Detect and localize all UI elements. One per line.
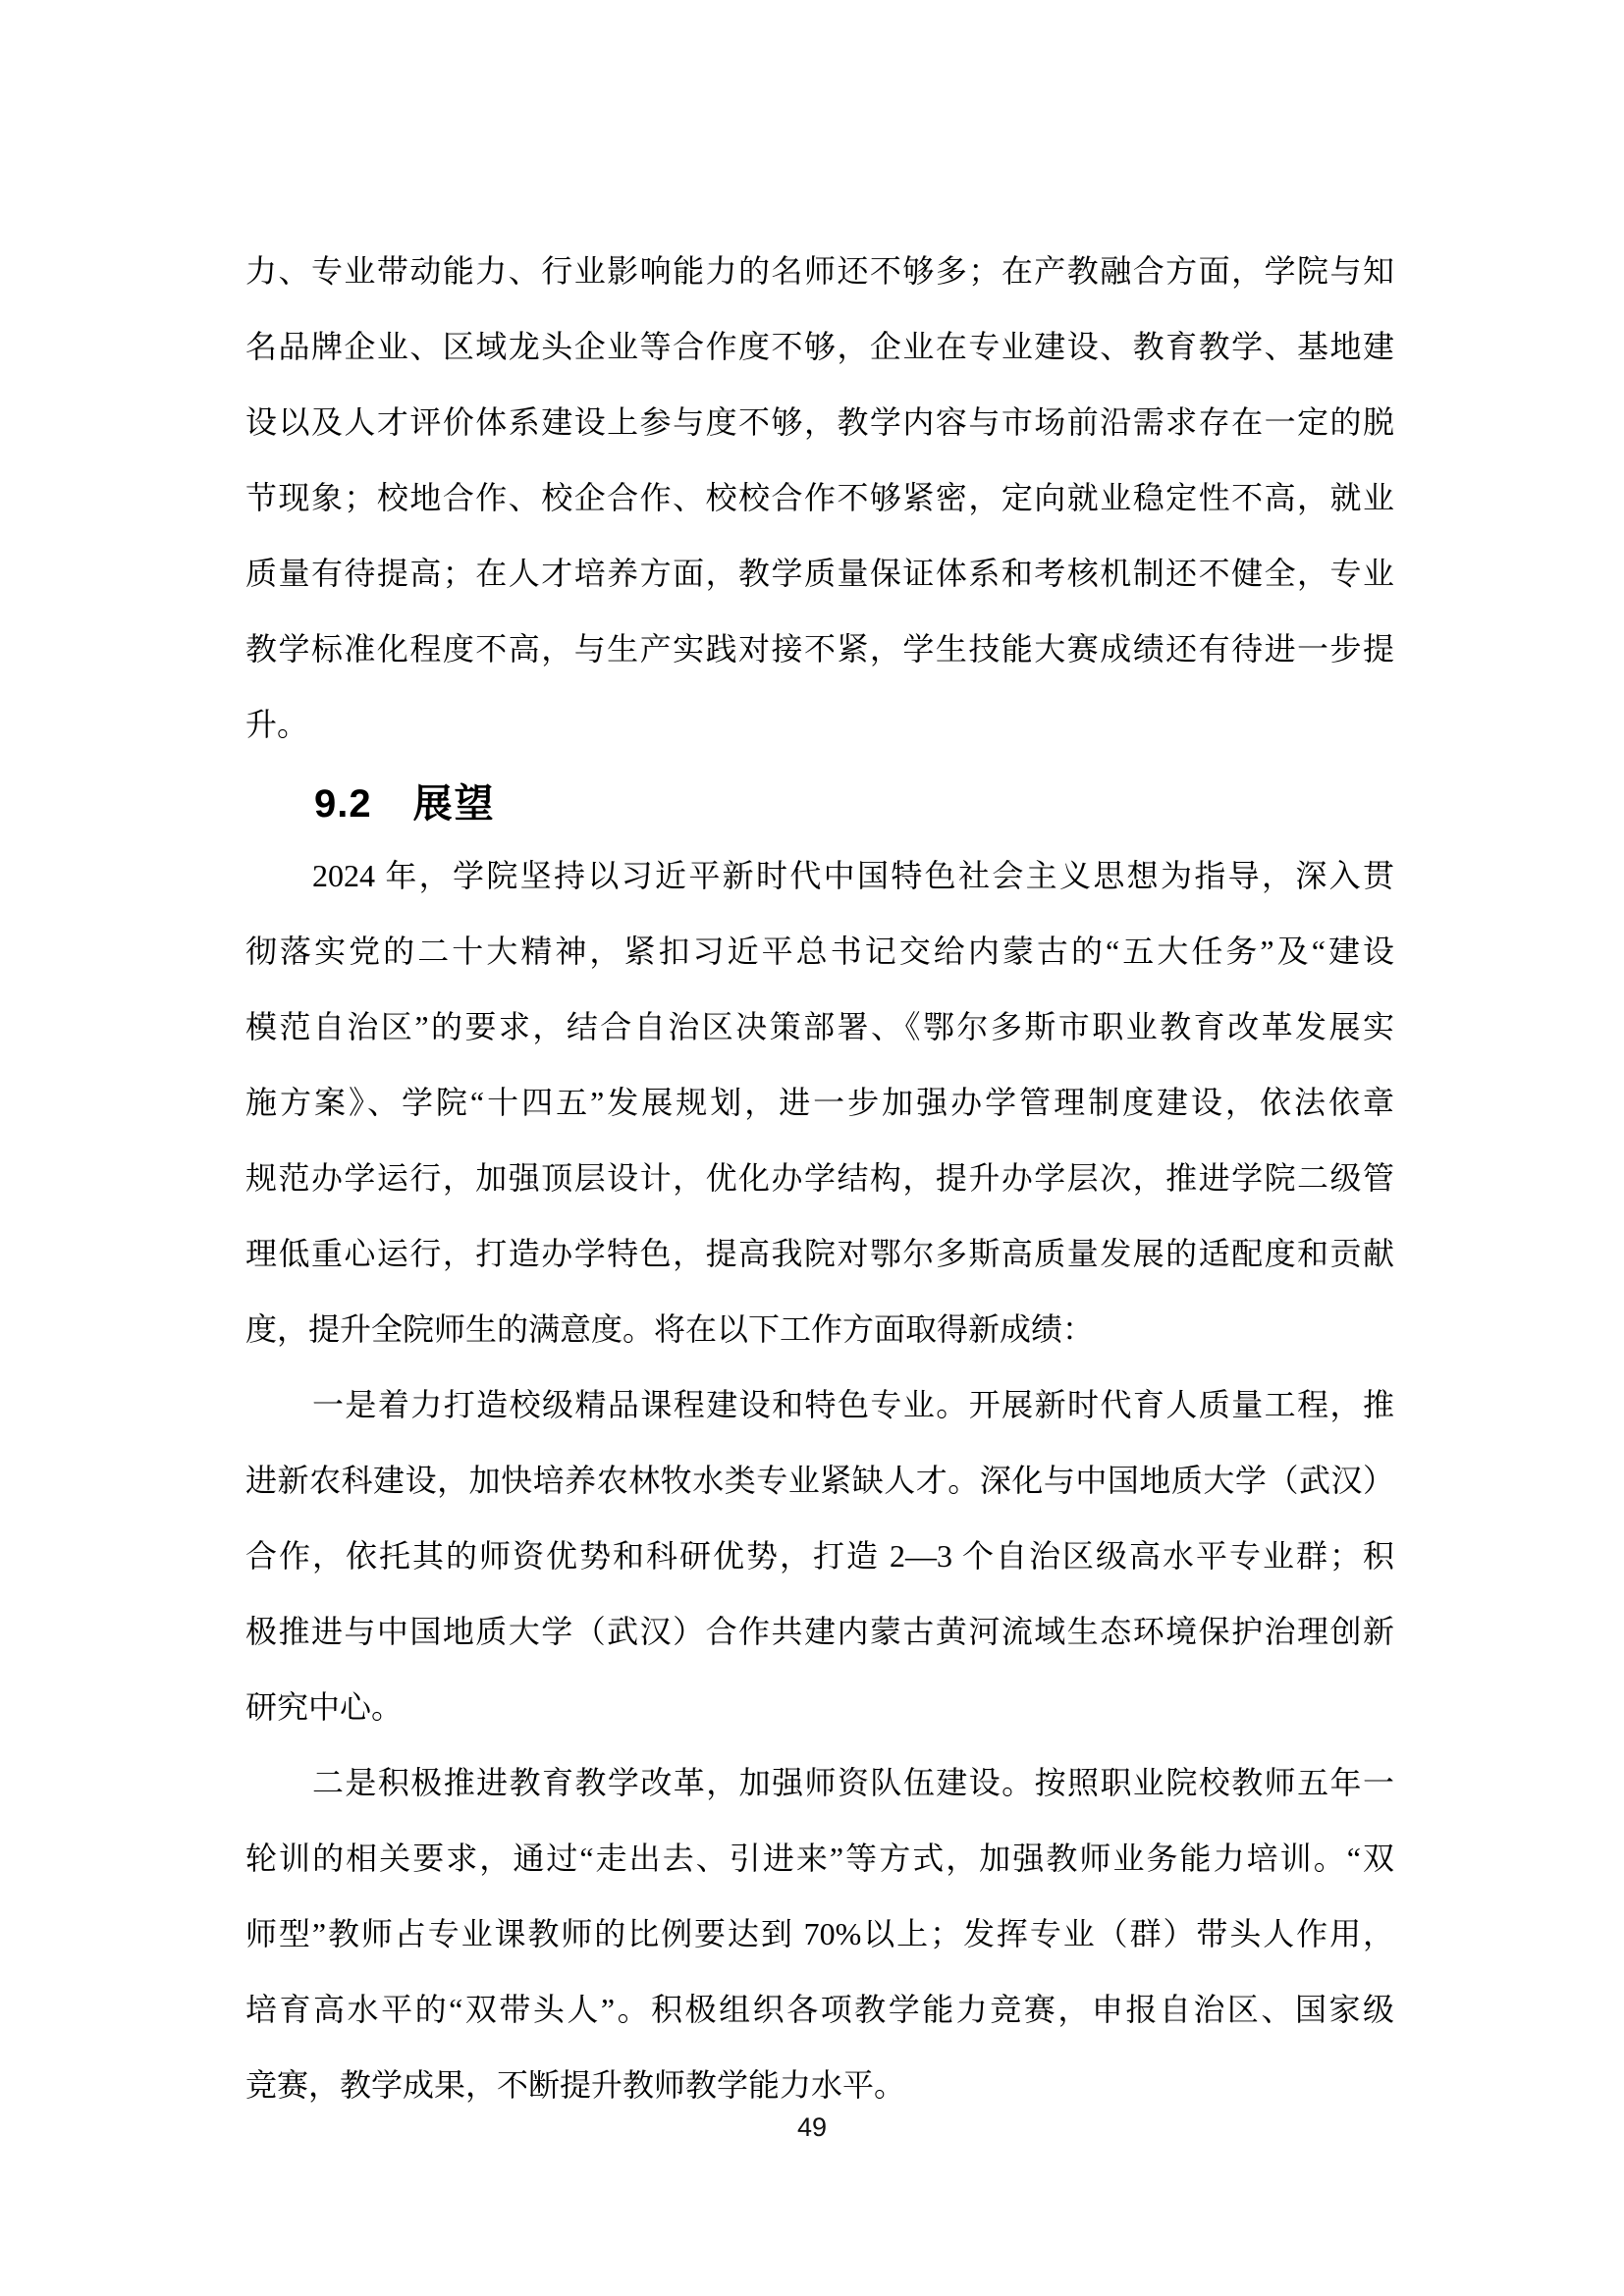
text-line: 质量有待提高；在人才培养方面，教学质量保证体系和考核机制还不健全，专业 <box>245 543 1394 618</box>
section-title: 展望 <box>413 782 496 826</box>
text-line: 度，提升全院师生的满意度。将在以下工作方面取得新成绩： <box>245 1299 1394 1374</box>
text-line: 二是积极推进教育教学改革，加强师资队伍建设。按照职业院校教师五年一 <box>245 1752 1394 1828</box>
text-line: 轮训的相关要求，通过“走出去、引进来”等方式，加强教师业务能力培训。“双 <box>245 1828 1394 1903</box>
paragraph-1: 力、专业带动能力、行业影响能力的名师还不够多；在产教融合方面，学院与知 名品牌企… <box>245 240 1394 770</box>
paragraph-2: 2024 年，学院坚持以习近平新时代中国特色社会主义思想为指导，深入贯 彻落实党… <box>245 845 1394 1374</box>
document-text-block: 力、专业带动能力、行业影响能力的名师还不够多；在产教融合方面，学院与知 名品牌企… <box>245 240 1394 2130</box>
section-heading: 9.2展望 <box>245 770 1394 845</box>
text-line: 教学标准化程度不高，与生产实践对接不紧，学生技能大赛成绩还有待进一步提 <box>245 618 1394 694</box>
paragraph-4: 二是积极推进教育教学改革，加强师资队伍建设。按照职业院校教师五年一 轮训的相关要… <box>245 1752 1394 2130</box>
text-line: 培育高水平的“双带头人”。积极组织各项教学能力竞赛，申报自治区、国家级 <box>245 1979 1394 2055</box>
text-line: 理低重心运行，打造办学特色，提高我院对鄂尔多斯高质量发展的适配度和贡献 <box>245 1223 1394 1299</box>
text-line: 一是着力打造校级精品课程建设和特色专业。开展新时代育人质量工程，推 <box>245 1374 1394 1450</box>
page-number: 49 <box>0 2112 1624 2143</box>
text-line: 名品牌企业、区域龙头企业等合作度不够，企业在专业建设、教育教学、基地建 <box>245 316 1394 392</box>
paragraph-3: 一是着力打造校级精品课程建设和特色专业。开展新时代育人质量工程，推 进新农科建设… <box>245 1374 1394 1752</box>
text-line: 合作，依托其的师资优势和科研优势，打造 2—3 个自治区级高水平专业群；积 <box>245 1525 1394 1601</box>
text-line: 模范自治区”的要求，结合自治区决策部署、《鄂尔多斯市职业教育改革发展实 <box>245 996 1394 1072</box>
text-line: 力、专业带动能力、行业影响能力的名师还不够多；在产教融合方面，学院与知 <box>245 240 1394 316</box>
text-line: 规范办学运行，加强顶层设计，优化办学结构，提升办学层次，推进学院二级管 <box>245 1148 1394 1223</box>
text-line: 研究中心。 <box>245 1677 1394 1752</box>
text-line: 师型”教师占专业课教师的比例要达到 70%以上；发挥专业（群）带头人作用， <box>245 1903 1394 1979</box>
text-line: 升。 <box>245 694 1394 770</box>
text-line: 彻落实党的二十大精神，紧扣习近平总书记交给内蒙古的“五大任务”及“建设 <box>245 921 1394 996</box>
section-number: 9.2 <box>314 782 372 826</box>
text-line: 2024 年，学院坚持以习近平新时代中国特色社会主义思想为指导，深入贯 <box>245 845 1394 921</box>
text-line: 极推进与中国地质大学（武汉）合作共建内蒙古黄河流域生态环境保护治理创新 <box>245 1601 1394 1677</box>
text-line: 进新农科建设，加快培养农林牧水类专业紧缺人才。深化与中国地质大学（武汉） <box>245 1450 1394 1525</box>
text-line: 施方案》、学院“十四五”发展规划，进一步加强办学管理制度建设，依法依章 <box>245 1072 1394 1148</box>
text-line: 节现象；校地合作、校企合作、校校合作不够紧密，定向就业稳定性不高，就业 <box>245 467 1394 543</box>
text-line: 设以及人才评价体系建设上参与度不够，教学内容与市场前沿需求存在一定的脱 <box>245 392 1394 467</box>
